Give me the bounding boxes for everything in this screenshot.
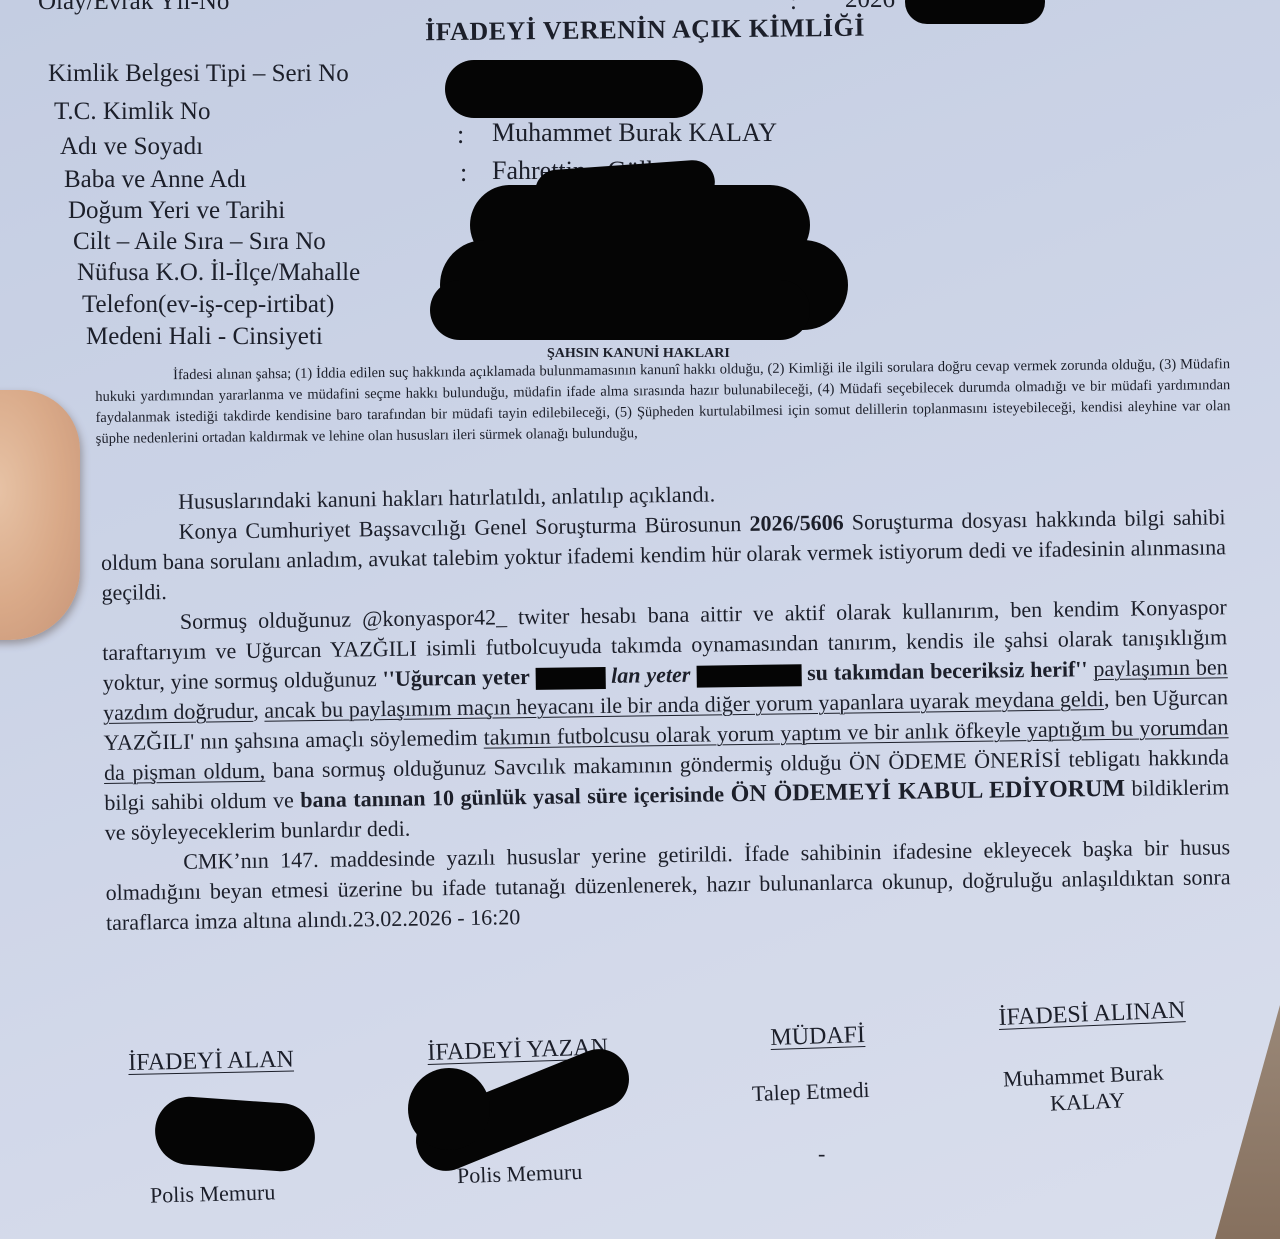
field-label-registry: Cilt – Aile Sıra – Sıra No <box>73 228 326 256</box>
quoted-post: lan yeter <box>605 662 696 688</box>
redaction-mark <box>696 664 801 687</box>
rights-text-content: İfadesi alınan şahsa; (1) İddia edilen s… <box>95 356 1230 447</box>
investigation-case-number: 2026/5606 <box>749 510 843 536</box>
redaction-mark <box>535 667 605 690</box>
field-label-population: Nüfusa K.O. İl-İlçe/Mahalle <box>77 259 360 287</box>
quoted-post: su takımdan beceriksiz herif'' <box>801 656 1088 685</box>
signature-title: Polis Memuru <box>457 1158 583 1190</box>
signature-heading: MÜDAFİ <box>770 1022 865 1052</box>
paragraph-statement: Sormuş olduğunuz @konyaspor42_ twiter he… <box>102 592 1230 848</box>
field-label-tc-no: T.C. Kimlik No <box>54 98 210 126</box>
quoted-post: ''Uğurcan yeter <box>382 664 535 691</box>
signature-heading: İFADEYİ ALAN <box>128 1047 294 1077</box>
field-label-phone: Telefon(ev-iş-cep-irtibat) <box>82 291 334 319</box>
rights-text: İfadesi alınan şahsa; (1) İddia edilen s… <box>95 354 1231 450</box>
acceptance-statement: ÖN ÖDEMEYİ KABUL EDİYORUM <box>730 776 1125 808</box>
field-colon: : <box>460 158 467 188</box>
field-label-id-document: Kimlik Belgesi Tipi – Seri No <box>48 60 349 88</box>
signature-title: - <box>818 1140 825 1168</box>
field-value-name: Muhammet Burak KALAY <box>492 118 777 148</box>
bold-text: bana tanınan 10 günlük yasal süre içeris… <box>300 781 731 812</box>
field-colon: : <box>457 120 464 150</box>
redaction-mark <box>430 280 810 340</box>
signature-title: Polis Memuru <box>150 1178 276 1209</box>
field-label-parents: Baba ve Anne Adı <box>64 166 247 194</box>
signature-block-taker: İFADEYİ ALAN <box>128 1047 294 1077</box>
paragraph-text: Konya Cumhuriyet Başsavcılığı Genel Soru… <box>178 511 749 544</box>
paragraph-investigation: Konya Cumhuriyet Başsavcılığı Genel Soru… <box>100 502 1226 608</box>
signature-block-lawyer: MÜDAFİ <box>770 1022 865 1052</box>
paragraph-text: , <box>253 698 264 723</box>
field-label-birth: Doğum Yeri ve Tarihi <box>68 197 285 225</box>
redaction-mark <box>905 0 1045 24</box>
redaction-mark <box>153 1095 317 1174</box>
paragraph-closing: CMK’nın 147. maddesinde yazılı hususlar … <box>105 832 1231 938</box>
field-label-name: Adı ve Soyadı <box>60 133 203 161</box>
lawyer-status: Talep Etmedi <box>752 1076 870 1108</box>
thumb <box>0 390 80 640</box>
deponent-surname: KALAY <box>1049 1086 1125 1117</box>
field-label-marital: Medeni Hali - Cinsiyeti <box>86 323 323 351</box>
paragraph-text: CMK’nın 147. maddesinde yazılı hususlar … <box>105 834 1230 935</box>
document-title: İFADEYİ VERENİN AÇIK KİMLİĞİ <box>425 13 865 48</box>
case-number-label: Olay/Evrak Yıl-No <box>38 0 229 16</box>
paragraph-text: Hususlarındaki kanuni hakları hatırlatıl… <box>178 481 715 513</box>
redaction-mark <box>445 60 703 118</box>
redaction-mark <box>408 1068 490 1150</box>
